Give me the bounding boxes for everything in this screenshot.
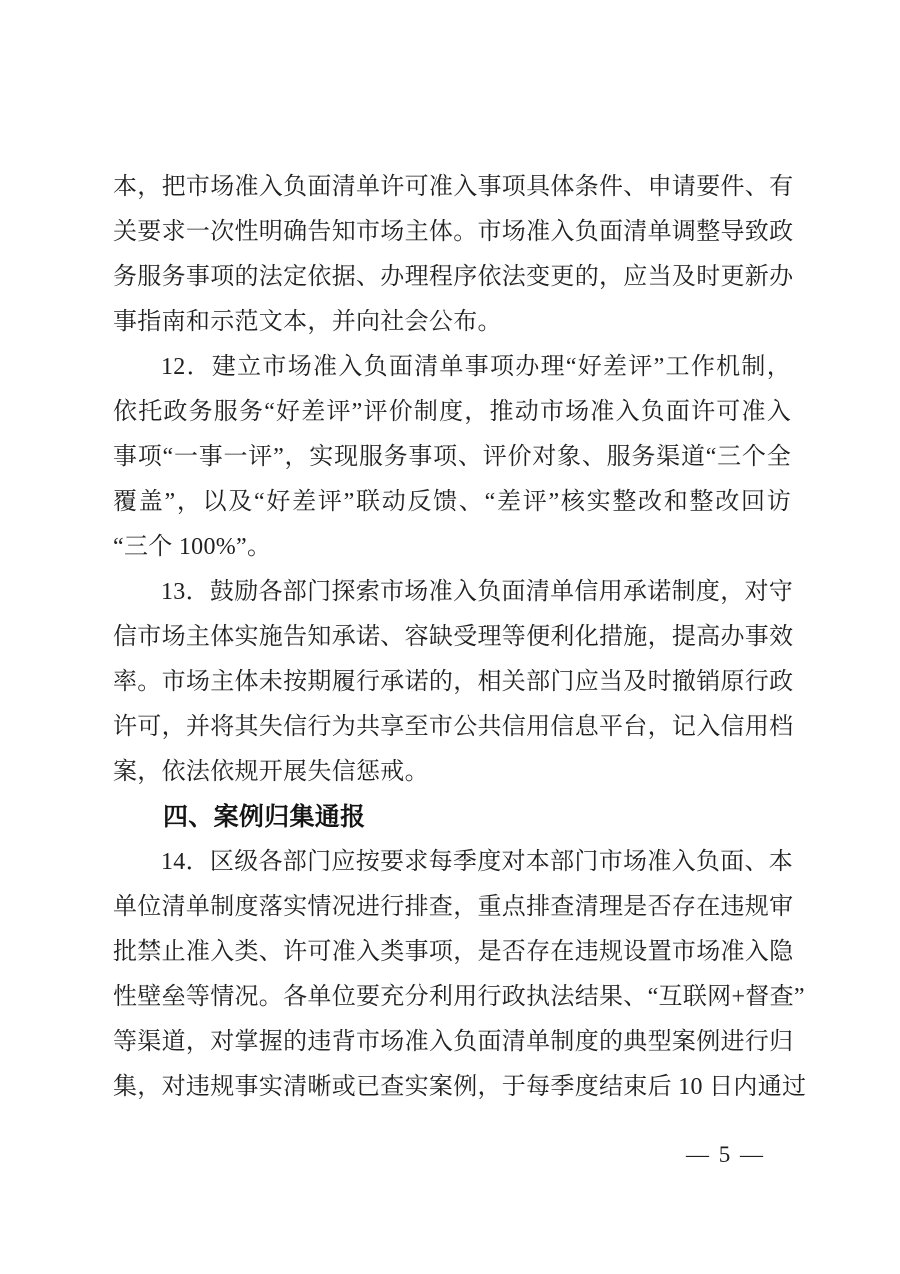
document-page: 本，把市场准入负面清单许可准入事项具体条件、申请要件、有关要求一次性明确告知市场…: [0, 0, 900, 1274]
text-line: 集，对违规事实清晰或已查实案例，于每季度结束后 10 日内通过: [113, 1065, 791, 1110]
text-line: 信市场主体实施告知承诺、容缺受理等便利化措施，提高办事效: [113, 615, 791, 660]
text-line: 批禁止准入类、许可准入类事项，是否存在违规设置市场准入隐: [113, 930, 791, 975]
text-line: 性壁垒等情况。各单位要充分利用行政执法结果、“互联网+督查”: [113, 975, 791, 1020]
section-heading: 四、案例归集通报: [113, 795, 791, 840]
text-line: 等渠道，对掌握的违背市场准入负面清单制度的典型案例进行归: [113, 1020, 791, 1065]
text-line: 率。市场主体未按期履行承诺的，相关部门应当及时撤销原行政: [113, 660, 791, 705]
text-line: “三个 100%”。: [113, 525, 791, 570]
document-body: 本，把市场准入负面清单许可准入事项具体条件、申请要件、有关要求一次性明确告知市场…: [113, 165, 791, 1110]
text-line: 14．区级各部门应按要求每季度对本部门市场准入负面、本: [113, 840, 791, 885]
page-number: — 5 —: [686, 1140, 765, 1170]
text-line: 本，把市场准入负面清单许可准入事项具体条件、申请要件、有: [113, 165, 791, 210]
text-line: 事项“一事一评”，实现服务事项、评价对象、服务渠道“三个全: [113, 435, 791, 480]
text-line: 13．鼓励各部门探索市场准入负面清单信用承诺制度，对守: [113, 570, 791, 615]
text-line: 依托政务服务“好差评”评价制度，推动市场准入负面许可准入: [113, 390, 791, 435]
text-line: 务服务事项的法定依据、办理程序依法变更的，应当及时更新办: [113, 255, 791, 300]
text-line: 许可，并将其失信行为共享至市公共信用信息平台，记入信用档: [113, 705, 791, 750]
text-line: 单位清单制度落实情况进行排查，重点排查清理是否存在违规审: [113, 885, 791, 930]
text-line: 12．建立市场准入负面清单事项办理“好差评”工作机制，: [113, 345, 791, 390]
text-line: 事指南和示范文本，并向社会公布。: [113, 300, 791, 345]
text-line: 覆盖”，以及“好差评”联动反馈、“差评”核实整改和整改回访: [113, 480, 791, 525]
text-line: 关要求一次性明确告知市场主体。市场准入负面清单调整导致政: [113, 210, 791, 255]
text-line: 案，依法依规开展失信惩戒。: [113, 750, 791, 795]
